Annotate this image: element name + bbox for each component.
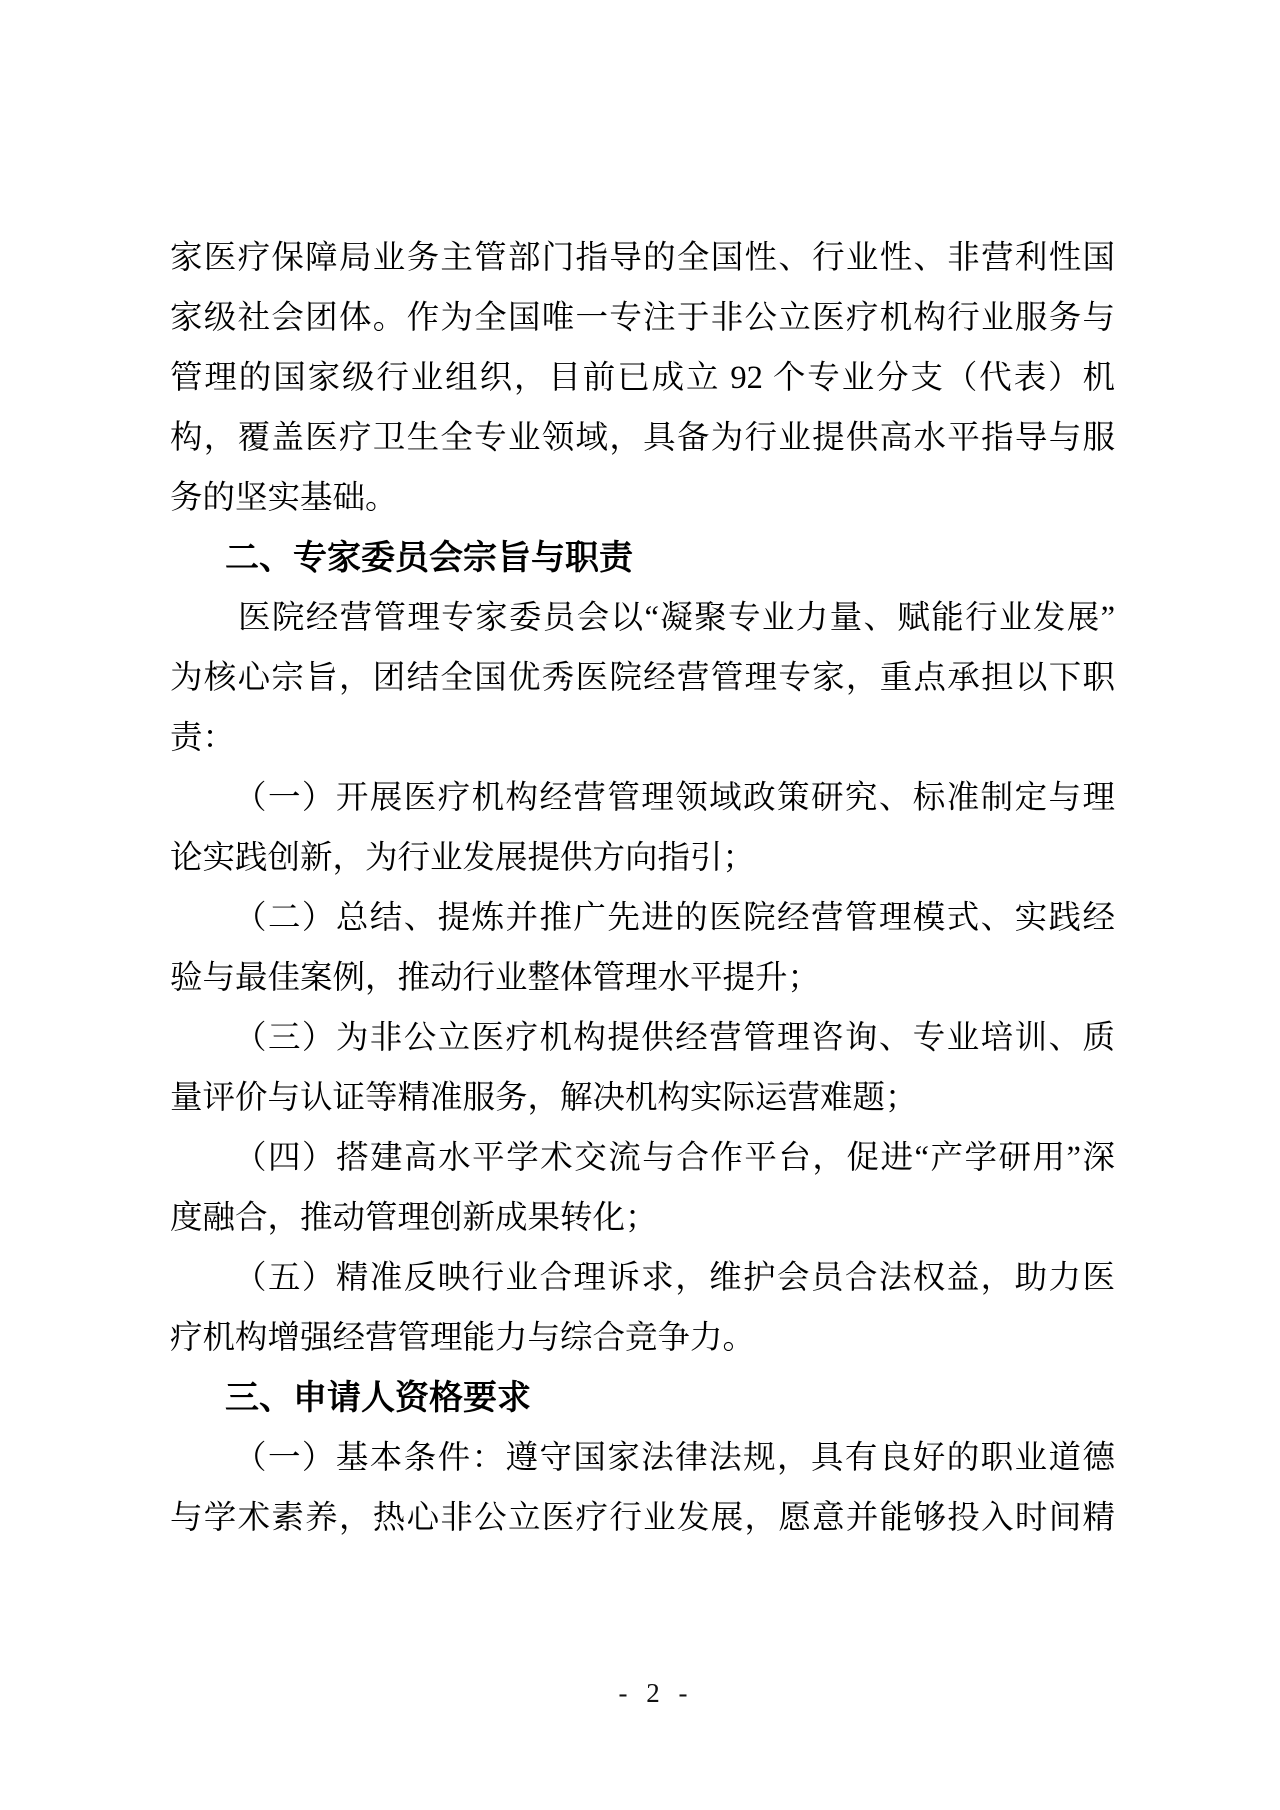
text-line: （一）开展医疗机构经营管理领域政策研究、标准制定与理	[170, 768, 1115, 828]
text-line: 度融合，推动管理创新成果转化；	[170, 1188, 1115, 1248]
text-line: （三）为非公立医疗机构提供经营管理咨询、专业培训、质	[170, 1008, 1115, 1068]
text-line: 医院经营管理专家委员会以“凝聚专业力量、赋能行业发展”	[170, 588, 1115, 648]
text-line: 责：	[170, 708, 1115, 768]
text-line: （二）总结、提炼并推广先进的医院经营管理模式、实践经	[170, 888, 1115, 948]
text-line: 家级社会团体。作为全国唯一专注于非公立医疗机构行业服务与	[170, 288, 1115, 348]
text-line: （五）精准反映行业合理诉求，维护会员合法权益，助力医	[170, 1248, 1115, 1308]
text-line: 家医疗保障局业务主管部门指导的全国性、行业性、非营利性国	[170, 228, 1115, 288]
text-line: 三、申请人资格要求	[170, 1368, 1115, 1428]
text-line: 管理的国家级行业组织，目前已成立 92 个专业分支（代表）机	[170, 348, 1115, 408]
text-line: 与学术素养，热心非公立医疗行业发展，愿意并能够投入时间精	[170, 1488, 1115, 1548]
page-number: - 2 -	[16, 1676, 1280, 1710]
text-line: 构，覆盖医疗卫生全专业领域，具备为行业提供高水平指导与服	[170, 408, 1115, 468]
text-line: 二、专家委员会宗旨与职责	[170, 528, 1115, 588]
document-text-block: 家医疗保障局业务主管部门指导的全国性、行业性、非营利性国家级社会团体。作为全国唯…	[170, 228, 1115, 1548]
text-line: （一）基本条件：遵守国家法律法规，具有良好的职业道德	[170, 1428, 1115, 1488]
text-line: 验与最佳案例，推动行业整体管理水平提升；	[170, 948, 1115, 1008]
text-line: 论实践创新，为行业发展提供方向指引；	[170, 828, 1115, 888]
text-line: 务的坚实基础。	[170, 468, 1115, 528]
text-line: 为核心宗旨，团结全国优秀医院经营管理专家，重点承担以下职	[170, 648, 1115, 708]
document-page: 家医疗保障局业务主管部门指导的全国性、行业性、非营利性国家级社会团体。作为全国唯…	[0, 0, 1280, 1810]
text-line: 量评价与认证等精准服务，解决机构实际运营难题；	[170, 1068, 1115, 1128]
text-line: 疗机构增强经营管理能力与综合竞争力。	[170, 1308, 1115, 1368]
text-line: （四）搭建高水平学术交流与合作平台，促进“产学研用”深	[170, 1128, 1115, 1188]
